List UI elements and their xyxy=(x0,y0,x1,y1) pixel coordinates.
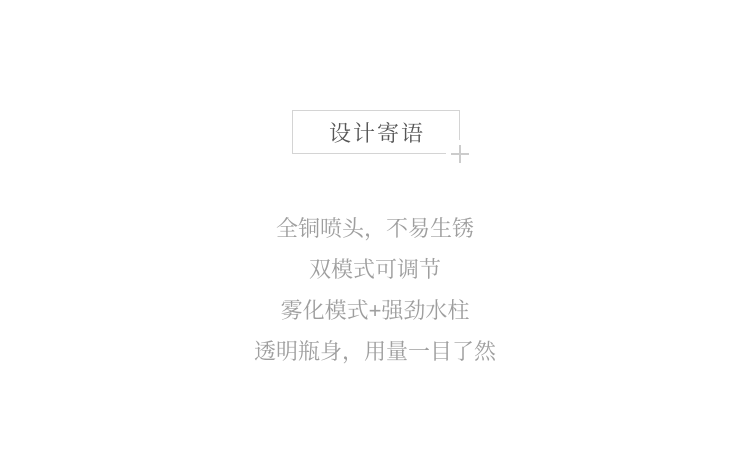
corner-decoration xyxy=(446,140,473,167)
feature-copy: 全铜喷头，不易生锈 双模式可调节 雾化模式+强劲水柱 透明瓶身，用量一目了然 xyxy=(0,208,750,372)
feature-line: 雾化模式+强劲水柱 xyxy=(0,290,750,331)
section-title: 设计寄语 xyxy=(327,117,425,148)
section-title-box: 设计寄语 xyxy=(292,110,460,154)
product-detail-section: 设计寄语 全铜喷头，不易生锈 双模式可调节 雾化模式+强劲水柱 透明瓶身，用量一… xyxy=(0,0,750,467)
feature-line: 全铜喷头，不易生锈 xyxy=(0,208,750,249)
plus-icon xyxy=(451,145,469,163)
feature-line: 双模式可调节 xyxy=(0,249,750,290)
feature-line: 透明瓶身，用量一目了然 xyxy=(0,331,750,372)
